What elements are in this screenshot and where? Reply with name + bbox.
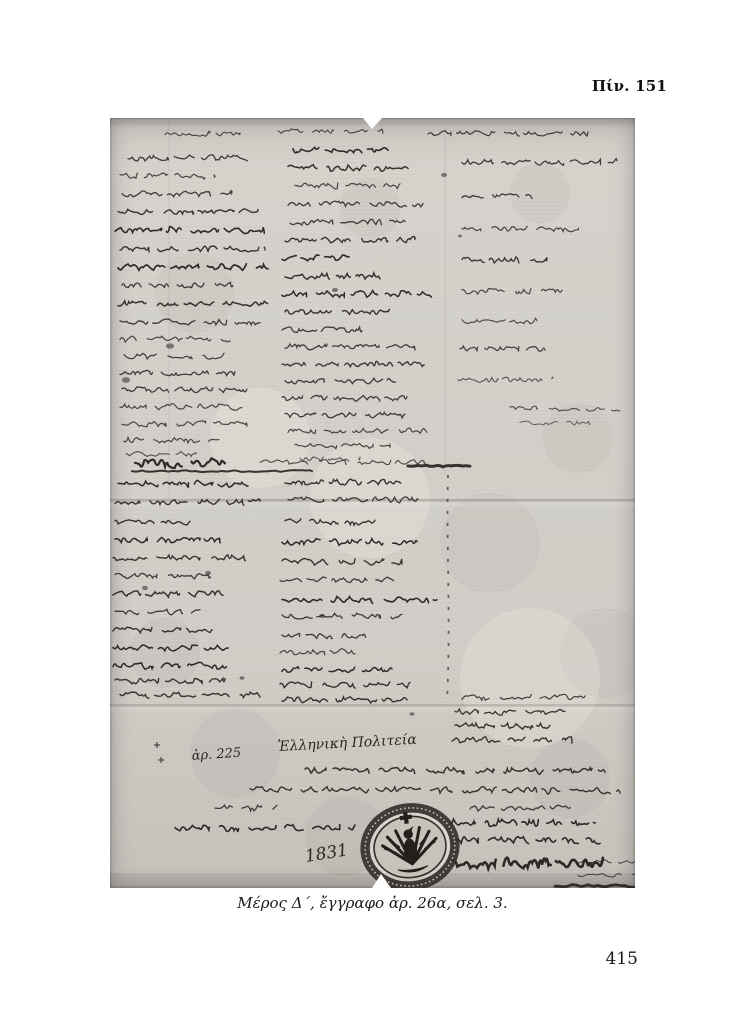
book-page: Πίν. 151 ἀρ. 225 xyxy=(0,0,743,1027)
stitched-fold-dotted-line xyxy=(447,475,449,703)
page-number: 415 xyxy=(606,949,638,969)
plate-label: Πίν. 151 xyxy=(592,77,667,95)
state-heading-text: Ἑλληνικὴ Πολιτεία xyxy=(277,731,417,755)
figure-caption: Μέρος Δ΄, ἔγγραφο ἀρ. 26α, σελ. 3. xyxy=(110,894,635,912)
manuscript-photo-art: ἀρ. 225 Ἑλληνικὴ Πολιτεία 1831 xyxy=(110,118,635,888)
manuscript-photo: ἀρ. 225 Ἑλληνικὴ Πολιτεία 1831 xyxy=(110,118,635,888)
margin-cross-marks xyxy=(154,742,164,763)
